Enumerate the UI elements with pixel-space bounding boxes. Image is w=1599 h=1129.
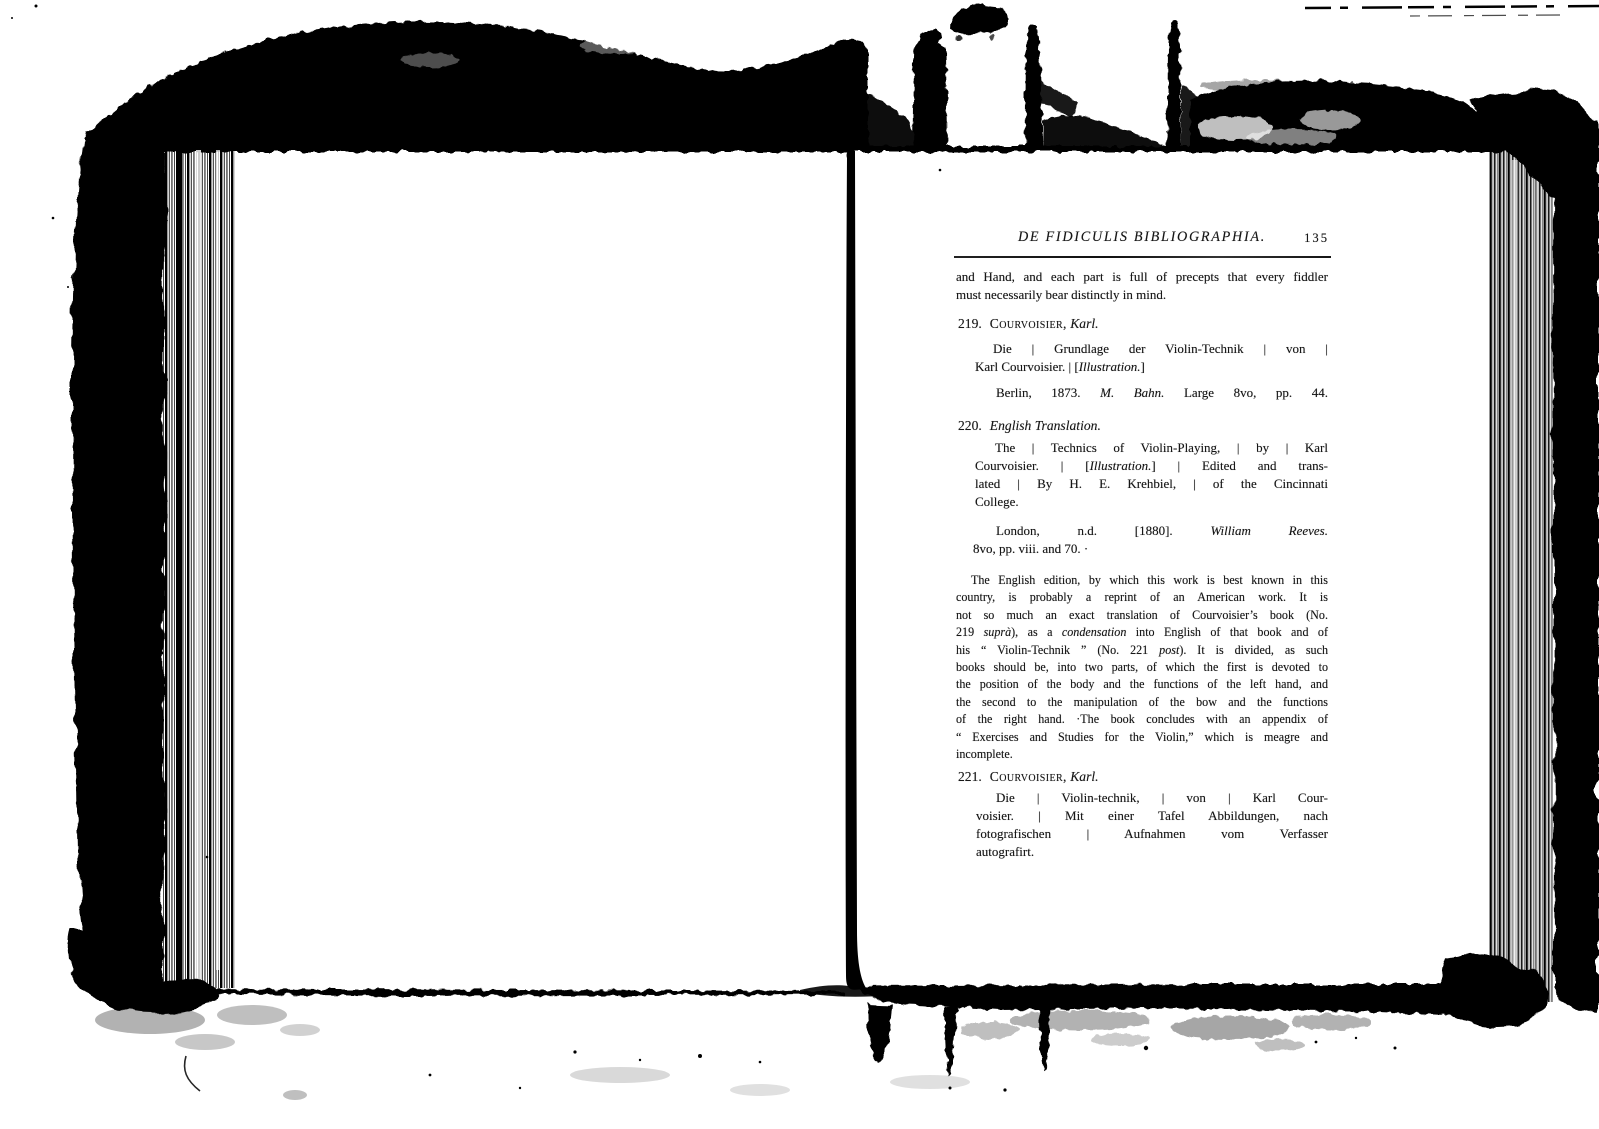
text-line: 8vo, pp. viii. and 70. ·: [973, 540, 1328, 558]
text-line: not so much an exact translation of Cour…: [956, 607, 1328, 624]
text-line: London, n.d. [1880]. William Reeves.: [973, 522, 1328, 540]
entry-219-imprint: Berlin, 1873. M. Bahn. Large 8vo, pp. 44…: [973, 384, 1328, 402]
text-line: 220.English Translation.: [958, 417, 1101, 435]
bottom-speckles: [429, 1037, 1397, 1096]
text-line: Berlin, 1873. M. Bahn. Large 8vo, pp. 44…: [973, 384, 1328, 402]
text-line: autografirt.: [976, 843, 1328, 861]
text-line: his “ Violin-Technik ” (No. 221 post). I…: [956, 642, 1328, 659]
text-line: Die | Violin-technik, | von | Karl Cour-: [976, 789, 1328, 807]
page-number: 135: [1304, 231, 1329, 246]
text-line: The English edition, by which this work …: [956, 572, 1328, 589]
left-page-edge-ink: [68, 130, 320, 1100]
entry-220-heading: 220.English Translation.: [958, 417, 1101, 435]
text-line: and Hand, and each part is full of prece…: [956, 268, 1328, 286]
text-line: incomplete.: [956, 746, 1328, 763]
text-line: lated | By H. E. Krehbiel, | of the Cinc…: [975, 475, 1328, 493]
entry-221-title: Die | Violin-technik, | von | Karl Cour-…: [976, 789, 1328, 861]
running-head: DE FIDICULIS BIBLIOGRAPHIA. 135: [956, 229, 1328, 246]
continuation-paragraph: and Hand, and each part is full of prece…: [956, 268, 1328, 304]
bibliographic-note: The English edition, by which this work …: [956, 572, 1328, 763]
text-line: voisier. | Mit einer Tafel Abbildungen, …: [976, 807, 1328, 825]
entry-219-title: Die | Grundlage der Violin-Technik | von…: [975, 340, 1328, 376]
text-line: of the right hand. ·The book concludes w…: [956, 711, 1328, 728]
book-scan: DE FIDICULIS BIBLIOGRAPHIA. 135 and Hand…: [0, 0, 1599, 1129]
text-line: The | Technics of Violin-Playing, | by |…: [975, 439, 1328, 457]
text-line: 219.Courvoisier, Karl.: [958, 315, 1099, 333]
entry-220-title: The | Technics of Violin-Playing, | by |…: [975, 439, 1328, 511]
text-line: College.: [975, 493, 1328, 511]
text-line: 219 suprà), as a condensation into Engli…: [956, 624, 1328, 641]
text-line: Karl Courvoisier. | [Illustration.]: [975, 358, 1328, 376]
spine-gutter-ink: [800, 150, 905, 997]
header-rule: [954, 256, 1331, 258]
text-line: “ Exercises and Studies for the Violin,”…: [956, 729, 1328, 746]
text-line: must necessarily bear distinctly in mind…: [956, 286, 1328, 304]
text-line: Die | Grundlage der Violin-Technik | von…: [975, 340, 1328, 358]
entry-220-imprint: London, n.d. [1880]. William Reeves.8vo,…: [973, 522, 1328, 558]
entry-219-heading: 219.Courvoisier, Karl.: [958, 315, 1099, 333]
text-line: Courvoisier. | [Illustration.] | Edited …: [975, 457, 1328, 475]
text-line: books should be, into two parts, of whic…: [956, 659, 1328, 676]
text-line: country, is probably a reprint of an Ame…: [956, 589, 1328, 606]
entry-221-heading: 221.Courvoisier, Karl.: [958, 768, 1099, 786]
book-scan-artwork: [0, 0, 1599, 1129]
text-line: the position of the body and the functio…: [956, 676, 1328, 693]
running-title: DE FIDICULIS BIBLIOGRAPHIA.: [1018, 229, 1266, 245]
bottom-edge-ink: [150, 984, 1503, 1078]
text-line: 221.Courvoisier, Karl.: [958, 768, 1099, 786]
right-page-edge-ink: [1441, 90, 1599, 1027]
text-line: fotografischen | Aufnahmen vom Verfasser: [976, 825, 1328, 843]
text-line: the second to the manipulation of the bo…: [956, 694, 1328, 711]
